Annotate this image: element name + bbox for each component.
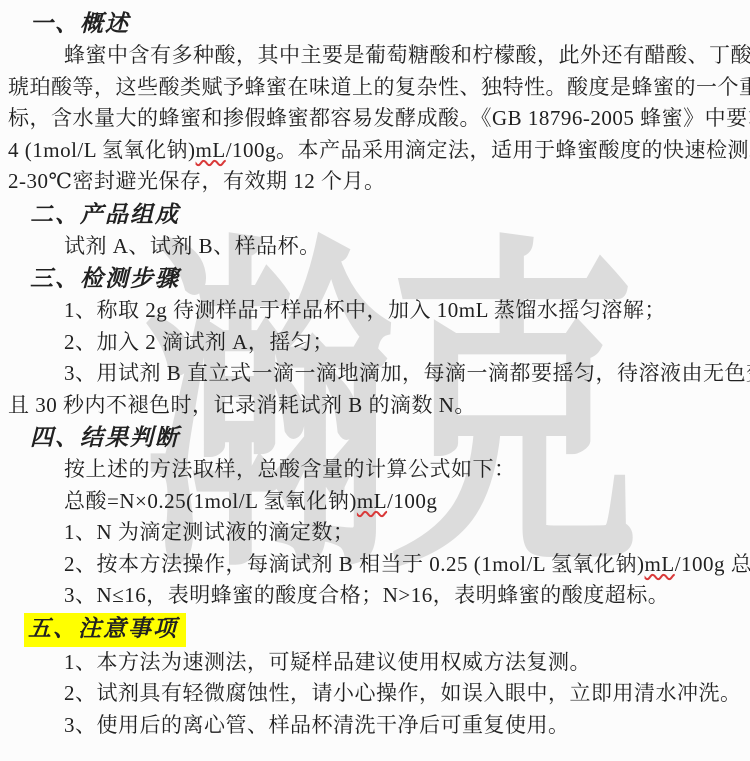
result-item2-text-cont: /100g 总酸；: [675, 552, 750, 576]
spellcheck-underline: mL: [357, 489, 387, 513]
composition-line: 试剂 A、试剂 B、样品杯。: [64, 231, 750, 263]
formula-text: 总酸=N×0.25(1mol/L 氢氧化钠): [64, 489, 357, 513]
result-formula: 总酸=N×0.25(1mol/L 氢氧化钠)mL/100g: [64, 486, 750, 518]
overview-paragraph-line-4: 4 (1mol/L 氢氧化钠)mL/100g。本产品采用滴定法，适用于蜂蜜酸度的…: [8, 135, 750, 167]
overview-paragraph-line-5: 2-30℃密封避光保存，有效期 12 个月。: [8, 166, 750, 198]
result-item2-text: 2、按本方法操作，每滴试剂 B 相当于 0.25 (1mol/L 氢氧化钠): [64, 552, 645, 576]
result-intro: 按上述的方法取样，总酸含量的计算公式如下：: [64, 454, 750, 486]
result-item-3: 3、N≤16，表明蜂蜜的酸度合格；N>16，表明蜂蜜的酸度超标。: [64, 580, 750, 612]
note-1: 1、本方法为速测法，可疑样品建议使用权威方法复测。: [64, 647, 750, 679]
overview-line4-text-cont: /100g。本产品采用滴定法，适用于蜂蜜酸度的快速检测。试剂: [226, 138, 750, 162]
note-3: 3、使用后的离心管、样品杯清洗干净后可重复使用。: [64, 710, 750, 742]
formula-text-cont: /100g: [387, 489, 437, 513]
note-2: 2、试剂具有轻微腐蚀性，请小心操作，如误入眼中，立即用清水冲洗。: [64, 678, 750, 710]
procedure-step-2: 2、加入 2 滴试剂 A，摇匀；: [64, 327, 750, 359]
document-content: 一、概述 蜂蜜中含有多种酸，其中主要是葡萄糖酸和柠檬酸，此外还有醋酸、丁酸、苹果…: [0, 0, 750, 741]
overview-line4-text: 4 (1mol/L 氢氧化钠): [8, 138, 196, 162]
overview-paragraph-line-1: 蜂蜜中含有多种酸，其中主要是葡萄糖酸和柠檬酸，此外还有醋酸、丁酸、苹果酸和: [64, 40, 750, 72]
section-heading-notes: 五、注意事项: [30, 613, 750, 647]
result-item-1: 1、N 为滴定测试液的滴定数；: [64, 517, 750, 549]
overview-paragraph-line-3: 标，含水量大的蜂蜜和掺假蜂蜜都容易发酵成酸。《GB 18796-2005 蜂蜜》…: [8, 103, 750, 135]
procedure-step-3: 3、用试剂 B 直立式一滴一滴地滴加，每滴一滴都要摇匀，待溶液由无色变成红色，: [64, 358, 750, 390]
section-heading-composition: 二、产品组成: [30, 199, 750, 231]
section-heading-procedure: 三、检测步骤: [30, 263, 750, 295]
procedure-step-1: 1、称取 2g 待测样品于样品杯中，加入 10mL 蒸馏水摇匀溶解；: [64, 295, 750, 327]
section-heading-overview: 一、概述: [30, 8, 750, 40]
highlight-box: 五、注意事项: [24, 613, 186, 647]
document-page: 瀚克 一、概述 蜂蜜中含有多种酸，其中主要是葡萄糖酸和柠檬酸，此外还有醋酸、丁酸…: [0, 0, 750, 761]
spellcheck-underline: mL: [645, 552, 675, 576]
spellcheck-underline: mL: [196, 138, 226, 162]
overview-paragraph-line-2: 琥珀酸等，这些酸类赋予蜂蜜在味道上的复杂性、独特性。酸度是蜂蜜的一个重要质量指: [8, 72, 750, 104]
result-item-2: 2、按本方法操作，每滴试剂 B 相当于 0.25 (1mol/L 氢氧化钠)mL…: [64, 549, 750, 581]
section-heading-result: 四、结果判断: [30, 422, 750, 454]
procedure-step-3-continued: 且 30 秒内不褪色时，记录消耗试剂 B 的滴数 N。: [8, 390, 750, 422]
